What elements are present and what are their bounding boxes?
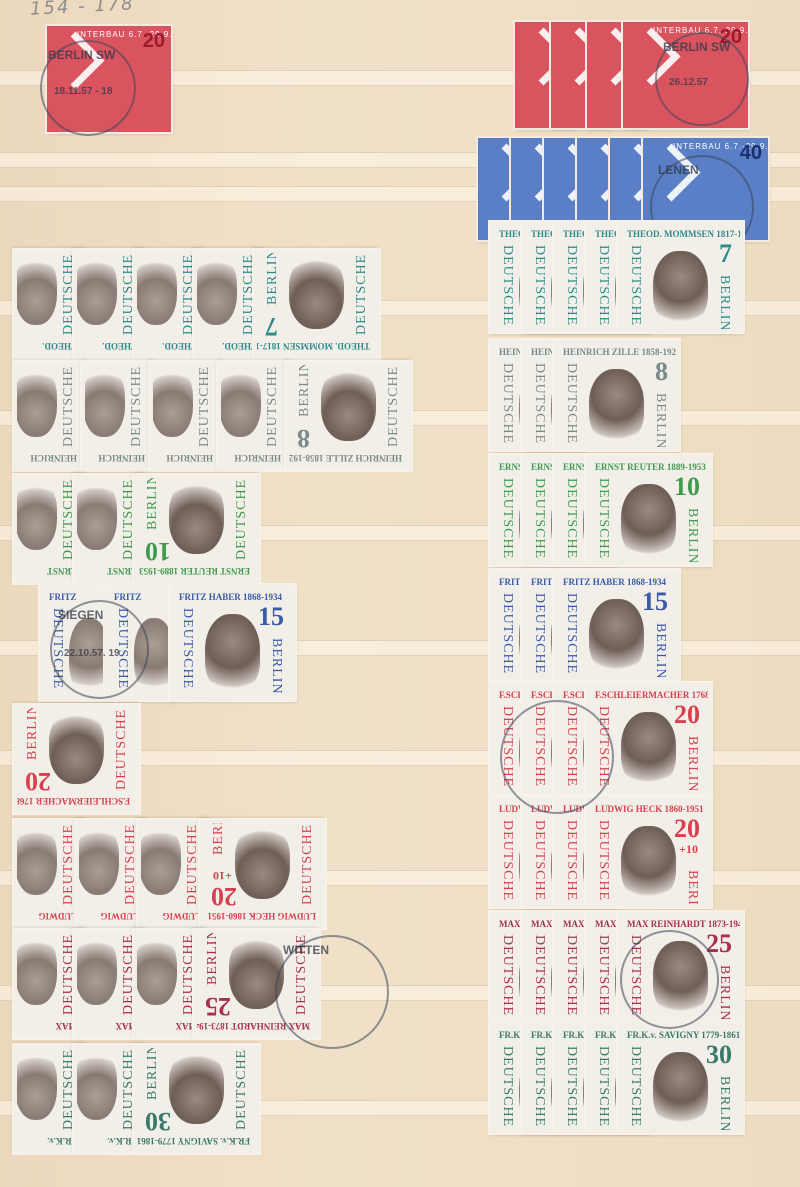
stamp-country-text: DEUTSCHE (563, 820, 579, 901)
famous-men-stamp: FRITZDEUTSCHE (40, 585, 110, 700)
stamp-place-text: BERLIN (652, 623, 668, 680)
stamp-inscription: FR.K.v. SAVIGNY 1779-1861 (627, 1030, 740, 1040)
stamp-inscription: LUDWIG (162, 911, 201, 921)
stamp-country-text: DEUTSCHE (595, 820, 611, 901)
stamp-country-text: DEUTSCHE (386, 366, 402, 447)
famous-men-stamp: THEOD. MOMMSEN 1817-1903DEUTSCHE7BERLIN (618, 222, 743, 332)
stamp-country-text: DEUTSCHE (627, 935, 643, 1016)
famous-men-stamp: HEINRICHDEUTSCHE (218, 362, 290, 470)
stamp-inscription: MAX REINHARDT 1873-1943 (627, 919, 743, 929)
portrait-image (49, 712, 104, 784)
portrait-image (15, 482, 57, 550)
stamp-inscription: HEINRICH ZILLE 1858-1929 (563, 347, 679, 357)
famous-men-stamp: F.SCHLEIERMACHER 1768-1834DEUTSCHE20BERL… (14, 705, 139, 813)
stockbook-page: 154 - 178 INTERBAU 6.7.-29.9.195720INTER… (0, 0, 800, 1187)
stamp-value: 8 (655, 357, 668, 387)
stamp-value: 30 (706, 1040, 732, 1070)
stamp-inscription: FR.K.v. SAVIGNY 1779-1861 (137, 1136, 250, 1146)
stamp-surcharge: +10 (213, 868, 232, 883)
stamp-inscription: LUDWIG HECK 1860-1951 (207, 911, 316, 921)
portrait-image (75, 1052, 117, 1120)
famous-men-stamp: FRITZ HABER 1868-1934DEUTSCHE15BERLIN (170, 585, 295, 700)
stamp-inscription: MAX (531, 919, 553, 929)
famous-men-stamp: LUDWIG HECK 1860-1951DEUTSCHE20+10BERLIN (586, 797, 711, 907)
stamp-country-text: DEUTSCHE (627, 245, 643, 326)
stamp-inscription: FRITZ (114, 592, 142, 602)
stamp-inscription: THEOD. (222, 341, 257, 351)
stamp-country-text: DEUTSCHE (499, 245, 515, 326)
stamp-country-text: DEUTSCHE (563, 935, 579, 1016)
famous-men-stamp: F.SCHLEIERMACHER 1768-1834DEUTSCHE20BERL… (586, 683, 711, 793)
portrait-image (15, 937, 57, 1005)
stamp-value: 15 (642, 587, 668, 617)
stamp-inscription: THEOD. (162, 341, 197, 351)
stamp-inscription: ERNST REUTER 1889-1953 (139, 566, 250, 576)
stamp-country-text: DEUTSCHE (234, 479, 250, 560)
stamp-inscription: HEINRICH (30, 453, 77, 463)
stamp-inscription: MAX (499, 919, 521, 929)
interbau-stamp: INTERBAU 6.7.-29.9.195720 (47, 26, 171, 132)
stamp-place-text: BERLIN (268, 638, 284, 695)
stamp-place-text: BERLIN (297, 362, 313, 417)
stamp-country-text: DEUTSCHE (531, 245, 547, 326)
stamp-country-text: DEUTSCHE (595, 478, 611, 559)
portrait-image (135, 257, 177, 325)
stamp-inscription: HEINRICH (166, 453, 213, 463)
stamp-country-text: DEUTSCHE (499, 706, 515, 787)
stamp-inscription: FR.K.v. (107, 1136, 137, 1146)
stamp-country-text: DEUTSCHE (265, 366, 281, 447)
stamp-country-text: DEUTSCHE (499, 363, 515, 444)
stamp-surcharge: +10 (679, 842, 698, 857)
portrait-image (75, 257, 117, 325)
portrait-image (321, 369, 376, 441)
stamp-inscription: MAX REINHARDT 1873-1943 (194, 1021, 310, 1031)
stamp-value: 20 (25, 766, 51, 796)
stamp-country-text: DEUTSCHE (197, 366, 213, 447)
stamp-value: 25 (205, 991, 231, 1021)
stamp-country-text: DEUTSCHE (49, 608, 65, 689)
chevron-emblem-icon (47, 32, 104, 90)
portrait-image (139, 827, 181, 895)
stamp-country-text: DEUTSCHE (129, 366, 145, 447)
stamp-country-text: DEUTSCHE (531, 935, 547, 1016)
famous-men-stamp: FR.K.v. SAVIGNY 1779-1861DEUTSCHE30BERLI… (134, 1045, 259, 1153)
stamp-country-text: DEUTSCHE (499, 1046, 515, 1127)
stamp-country-text: DEUTSCHE (531, 1046, 547, 1127)
stamp-value: 10 (145, 536, 171, 566)
famous-men-stamp: LUDWIG HECK 1860-1951DEUTSCHE20+10BERLIN (200, 820, 325, 928)
stamp-place-text: BERLIN (145, 1045, 161, 1100)
stamp-country-text: DEUTSCHE (563, 593, 579, 674)
famous-men-stamp: HEINRICH ZILLE 1858-1929DEUTSCHE8BERLIN (286, 362, 411, 470)
stamp-inscription: HEINRICH (234, 453, 281, 463)
famous-men-stamp: THEOD. MOMMSEN 1817-1903DEUTSCHE7BERLIN (254, 250, 379, 358)
stamp-place-text: BERLIN (716, 1076, 732, 1133)
stamp-inscription: FR.K.v. (47, 1136, 77, 1146)
stamp-inscription: ERNST REUTER 1889-1953 (595, 462, 706, 472)
stamp-value: 7 (719, 239, 732, 269)
portrait-image (195, 257, 237, 325)
stamp-value: 20 (674, 814, 700, 844)
stamp-place-text: BERLIN (684, 736, 700, 793)
portrait-image (75, 937, 117, 1005)
stamp-country-text: DEUTSCHE (179, 608, 195, 689)
famous-men-stamp: HEINRICHDEUTSCHE (150, 362, 222, 470)
stamp-place-text: BERLIN (205, 930, 221, 985)
stamp-country-text: DEUTSCHE (61, 366, 77, 447)
stamp-inscription: LUDWIG (38, 911, 77, 921)
stamp-place-text: BERLIN (716, 965, 732, 1022)
stamp-country-text: DEUTSCHE (595, 706, 611, 787)
stamp-country-text: DEUTSCHE (185, 824, 201, 905)
portrait-image (653, 941, 708, 1015)
famous-men-stamp: FRITZDEUTSCHE (105, 585, 175, 700)
stamp-country-text: DEUTSCHE (531, 820, 547, 901)
stamp-country-text: DEUTSCHE (563, 245, 579, 326)
stamp-value: 15 (258, 602, 284, 632)
stamp-value: 20 (720, 26, 742, 49)
stamp-country-text: DEUTSCHE (499, 820, 515, 901)
portrait-image (169, 1052, 224, 1124)
stamp-inscription: MAX (595, 919, 617, 929)
portrait-image (134, 618, 174, 693)
stamp-place-text: BERLIN (265, 250, 281, 305)
chevron-emblem-icon (623, 28, 680, 86)
chevron-emblem-icon (643, 144, 700, 202)
portrait-image (83, 369, 125, 437)
stamp-inscription: THEOD. MOMMSEN 1817-1903 (627, 229, 743, 239)
stamp-country-text: DEUTSCHE (531, 593, 547, 674)
stamp-value: 30 (145, 1106, 171, 1136)
stamp-country-text: DEUTSCHE (354, 254, 370, 335)
portrait-image (621, 712, 676, 786)
portrait-image (219, 369, 261, 437)
stamp-inscription: HEINRICH ZILLE 1858-1929 (286, 453, 402, 463)
stamp-country-text: DEUTSCHE (595, 935, 611, 1016)
stamp-country-text: DEUTSCHE (531, 706, 547, 787)
portrait-image (621, 826, 676, 900)
stamp-country-text: DEUTSCHE (563, 478, 579, 559)
stamp-value: 40 (740, 142, 762, 165)
stamp-country-text: DEUTSCHE (595, 245, 611, 326)
stamp-country-text: DEUTSCHE (114, 608, 130, 689)
portrait-image (589, 369, 644, 443)
portrait-image (229, 937, 284, 1009)
stamp-country-text: DEUTSCHE (499, 935, 515, 1016)
stamp-place-text: BERLIN (652, 393, 668, 450)
stamp-value: 20 (674, 700, 700, 730)
famous-men-stamp: FRITZ HABER 1868-1934DEUTSCHE15BERLIN (554, 570, 679, 680)
stamp-inscription: THEOD. (102, 341, 137, 351)
famous-men-stamp: MAX REINHARDT 1873-1943DEUTSCHE25BERLIN (194, 930, 319, 1038)
portrait-image (77, 827, 119, 895)
famous-men-stamp: ERNST REUTER 1889-1953DEUTSCHE10BERLIN (134, 475, 259, 583)
stamp-inscription: ERNST (107, 566, 137, 576)
stamp-inscription: FRITZ HABER 1868-1934 (179, 592, 282, 602)
stamp-inscription: LUDWIG (100, 911, 139, 921)
pencil-note: 154 - 178 (30, 0, 136, 20)
portrait-image (15, 257, 57, 325)
stamp-inscription: THEOD. (42, 341, 77, 351)
portrait-image (135, 937, 177, 1005)
stamp-inscription: FRITZ HABER 1868-1934 (563, 577, 666, 587)
stamp-inscription: F.SCHLEIERMACHER 1768-1834 (595, 690, 711, 700)
stamp-country-text: DEUTSCHE (300, 824, 316, 905)
stamp-country-text: DEUTSCHE (234, 1049, 250, 1130)
stamp-country-text: DEUTSCHE (123, 824, 139, 905)
stamp-inscription: HEINRICH (98, 453, 145, 463)
stamp-value: 20 (143, 30, 165, 53)
stamp-value: 20 (211, 881, 237, 911)
stamp-country-text: DEUTSCHE (531, 478, 547, 559)
stamp-country-text: DEUTSCHE (531, 363, 547, 444)
stamp-country-text: DEUTSCHE (627, 1046, 643, 1127)
portrait-image (589, 599, 644, 673)
stamp-inscription: FRITZ (49, 592, 77, 602)
stamp-value: 8 (297, 423, 310, 453)
portrait-image (69, 618, 109, 693)
portrait-image (653, 251, 708, 325)
stamp-country-text: DEUTSCHE (294, 934, 310, 1015)
stamp-country-text: DEUTSCHE (61, 824, 77, 905)
stamp-place-text: BERLIN (684, 508, 700, 565)
stamp-place-text: BERLIN (211, 820, 227, 855)
interbau-stamp: INTERBAU 6.7.-29.9.195720 (623, 22, 748, 128)
stamp-place-text: BERLIN (684, 870, 700, 907)
stamp-value: 25 (706, 929, 732, 959)
stamp-country-text: DEUTSCHE (563, 1046, 579, 1127)
stamp-inscription: F.SCHLEIERMACHER 1768-1834 (14, 796, 130, 806)
portrait-image (151, 369, 193, 437)
stamp-inscription: LUDWIG HECK 1860-1951 (595, 804, 704, 814)
stamp-country-text: DEUTSCHE (595, 1046, 611, 1127)
stamp-country-text: DEUTSCHE (499, 593, 515, 674)
stamp-place-text: BERLIN (25, 705, 41, 760)
stamp-inscription: THEOD. MOMMSEN 1817-1903 (254, 341, 370, 351)
stamp-country-text: DEUTSCHE (563, 363, 579, 444)
stamp-place-text: BERLIN (145, 475, 161, 530)
stamp-place-text: BERLIN (716, 275, 732, 332)
portrait-image (289, 257, 344, 329)
stamp-value: 10 (674, 472, 700, 502)
famous-men-stamp: HEINRICHDEUTSCHE (82, 362, 154, 470)
stamp-inscription: MAX (563, 919, 585, 929)
portrait-image (15, 827, 57, 895)
portrait-image (15, 369, 57, 437)
famous-men-stamp: MAX REINHARDT 1873-1943DEUTSCHE25BERLIN (618, 912, 743, 1022)
famous-men-stamp: HEINRICH ZILLE 1858-1929DEUTSCHE8BERLIN (554, 340, 679, 450)
portrait-image (205, 614, 260, 693)
famous-men-stamp: HEINRICHDEUTSCHE (14, 362, 86, 470)
stamp-value: 7 (265, 311, 278, 341)
stamp-inscription: ERNST (47, 566, 77, 576)
portrait-image (653, 1052, 708, 1126)
famous-men-stamp: ERNST REUTER 1889-1953DEUTSCHE10BERLIN (586, 455, 711, 565)
famous-men-stamp: FR.K.v. SAVIGNY 1779-1861DEUTSCHE30BERLI… (618, 1023, 743, 1133)
portrait-image (75, 482, 117, 550)
portrait-image (169, 482, 224, 554)
portrait-image (621, 484, 676, 558)
stamp-country-text: DEUTSCHE (563, 706, 579, 787)
portrait-image (15, 1052, 57, 1120)
portrait-image (235, 827, 290, 899)
stamp-country-text: DEUTSCHE (499, 478, 515, 559)
stamp-country-text: DEUTSCHE (114, 709, 130, 790)
